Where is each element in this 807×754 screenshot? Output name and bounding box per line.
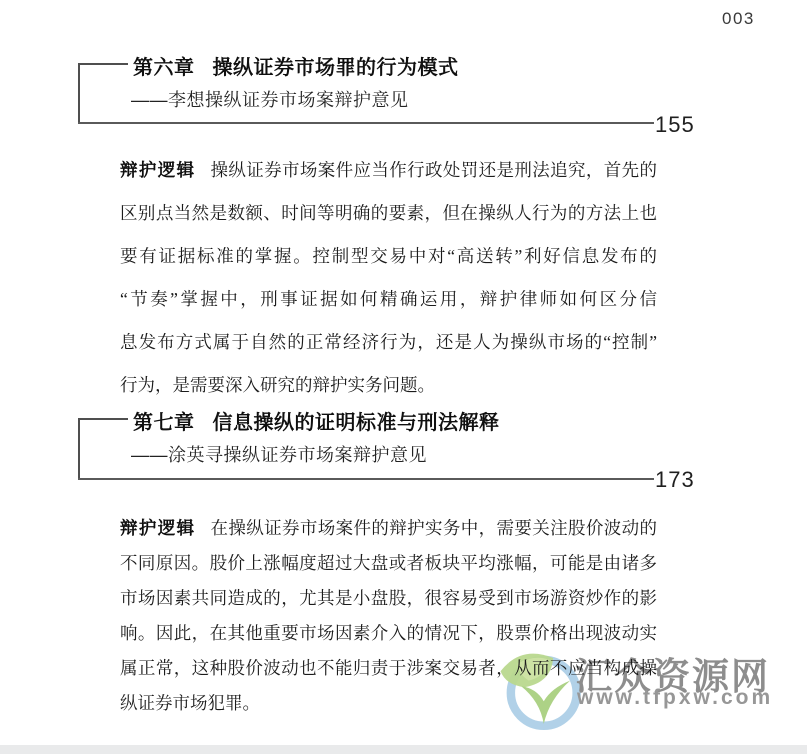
- summary-lead-label: 辩护逻辑: [120, 518, 196, 538]
- bracket-vertical-line: [78, 418, 80, 480]
- chapter-page-number: 173: [655, 467, 695, 493]
- chapter-subtitle: ——涂英寻操纵证券市场案辩护意见: [131, 441, 427, 467]
- summary-line: 区别点当然是数额、时间等明确的要素，但在操纵人行为的方法上也: [120, 192, 657, 235]
- summary-line: 响。因此，在其他重要市场因素介入的情况下，股票价格出现波动实: [120, 616, 657, 651]
- summary-line: 行为，是需要深入研究的辩护实务问题。: [120, 364, 657, 407]
- chapter-number: 第七章: [133, 412, 195, 434]
- summary-line: 纵证券市场犯罪。: [120, 686, 657, 721]
- leader-rule: [78, 478, 654, 480]
- scan-edge-strip: [0, 745, 807, 754]
- summary-line: 不同原因。股价上涨幅度超过大盘或者板块平均涨幅，可能是由诸多: [120, 546, 657, 581]
- chapter-page-number: 155: [655, 112, 695, 138]
- summary-line: 属正常，这种股价波动也不能归责于涉案交易者，从而不应当构成操: [120, 651, 657, 686]
- summary-line: 辩护逻辑操纵证券市场案件应当作行政处罚还是刑法追究，首先的: [120, 149, 657, 192]
- chapter-title: 第七章信息操纵的证明标准与刑法解释: [133, 406, 500, 435]
- page-folio: 003: [722, 9, 755, 29]
- summary-line: “节奏”掌握中，刑事证据如何精确运用，辩护律师如何区分信: [120, 278, 657, 321]
- chapter-summary: 辩护逻辑在操纵证券市场案件的辩护实务中，需要关注股价波动的不同原因。股价上涨幅度…: [120, 511, 657, 721]
- chapter-title-text: 操纵证券市场罪的行为模式: [213, 57, 459, 79]
- summary-lead-label: 辩护逻辑: [120, 160, 196, 180]
- chapter-number: 第六章: [133, 57, 195, 79]
- summary-line: 要有证据标准的掌握。控制型交易中对“高送转”利好信息发布的: [120, 235, 657, 278]
- summary-line: 息发布方式属于自然的正常经济行为，还是人为操纵市场的“控制”: [120, 321, 657, 364]
- bracket-stub-line: [78, 418, 128, 420]
- chapter-subtitle: ——李想操纵证券市场案辩护意见: [131, 86, 409, 112]
- summary-line: 市场因素共同造成的，尤其是小盘股，很容易受到市场游资炒作的影: [120, 581, 657, 616]
- bracket-vertical-line: [78, 63, 80, 124]
- chapter-title: 第六章操纵证券市场罪的行为模式: [133, 51, 459, 80]
- chapter-title-text: 信息操纵的证明标准与刑法解释: [213, 412, 500, 434]
- summary-line: 辩护逻辑在操纵证券市场案件的辩护实务中，需要关注股价波动的: [120, 511, 657, 546]
- bracket-stub-line: [78, 63, 128, 65]
- book-page: 003 第六章操纵证券市场罪的行为模式 ——李想操纵证券市场案辩护意见 155 …: [0, 0, 807, 754]
- leader-rule: [78, 122, 654, 124]
- chapter-summary: 辩护逻辑操纵证券市场案件应当作行政处罚还是刑法追究，首先的区别点当然是数额、时间…: [120, 149, 657, 407]
